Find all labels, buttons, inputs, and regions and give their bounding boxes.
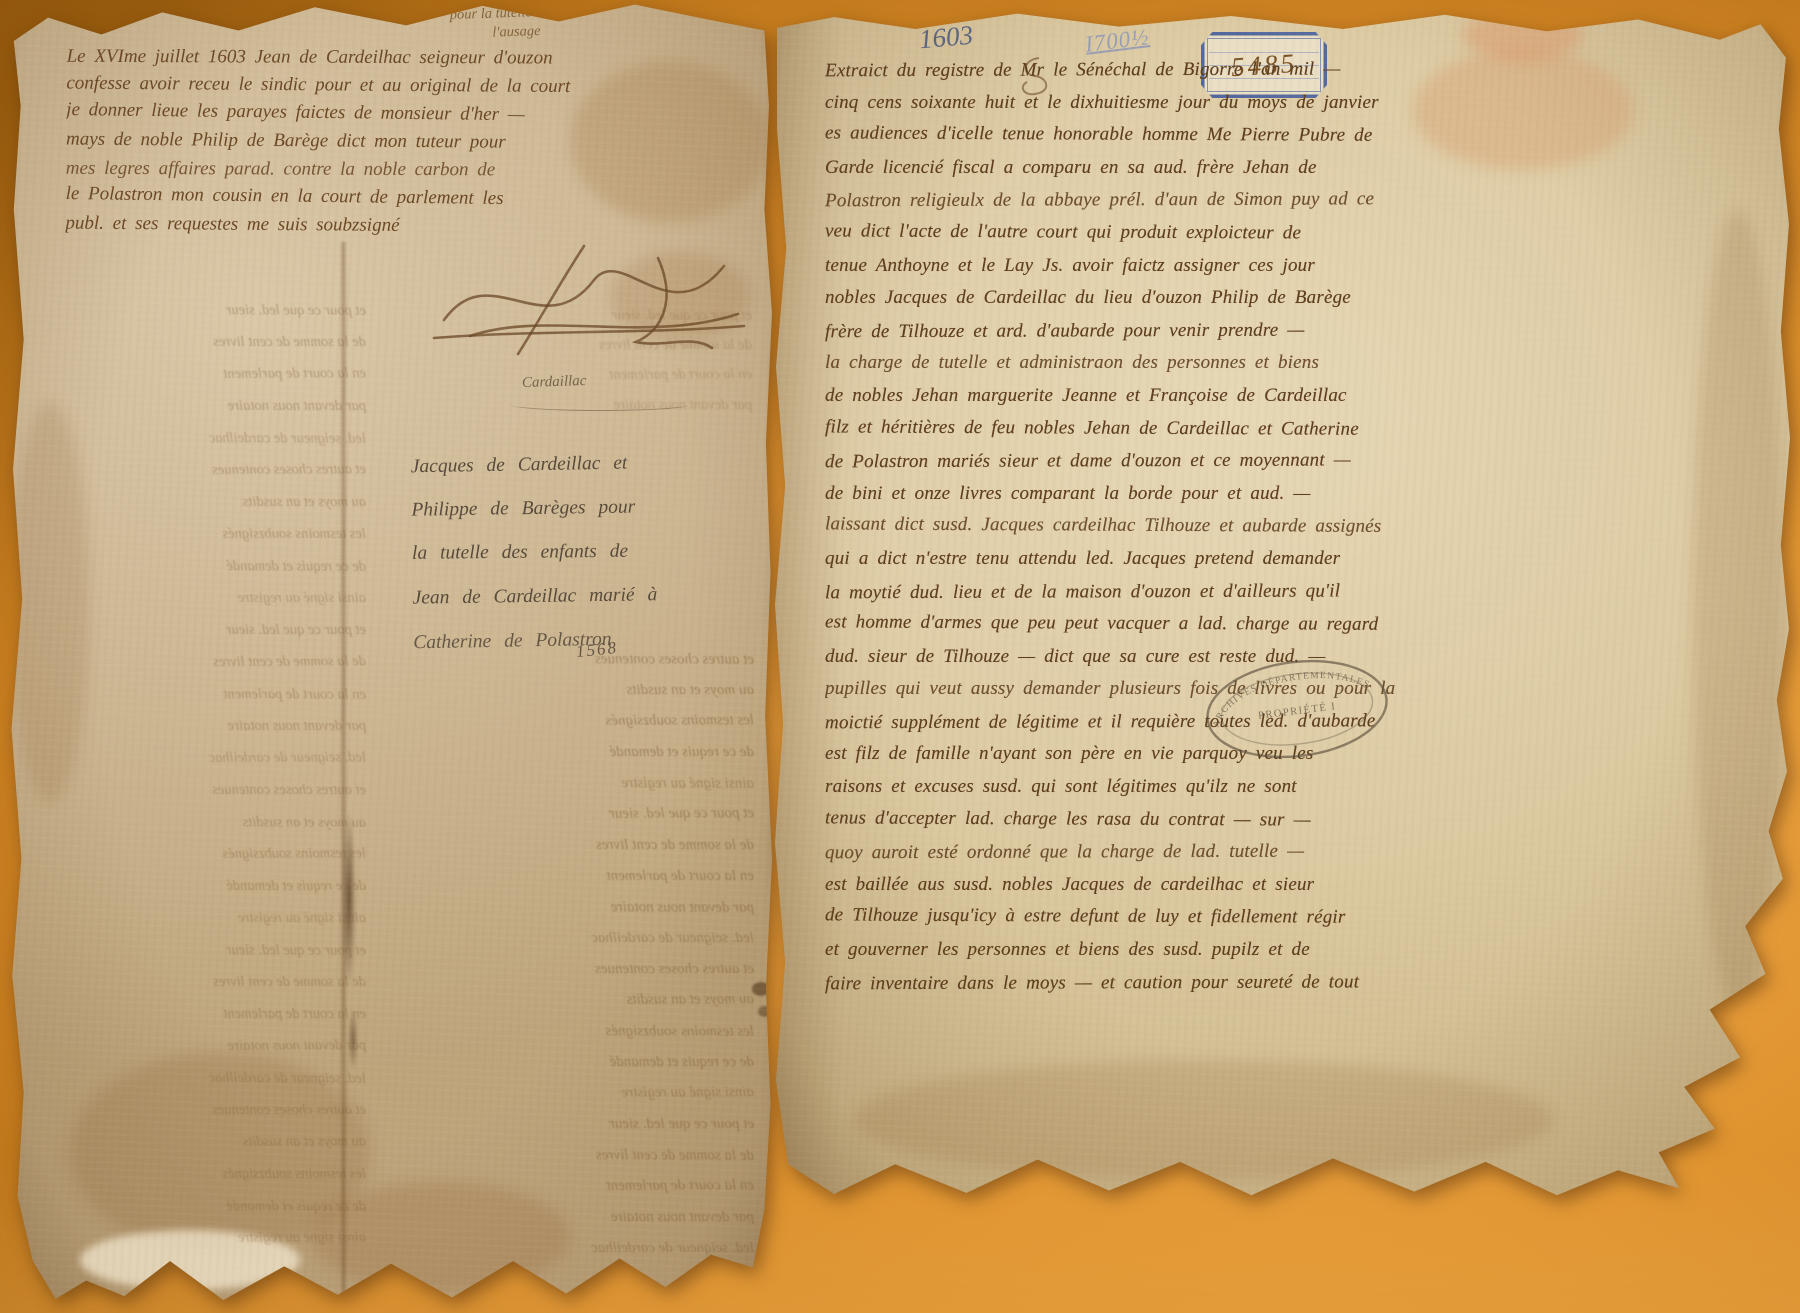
stain	[853, 1060, 1553, 1180]
bleedthrough-line: et autres choses contenues	[18, 1094, 366, 1126]
manuscript-line: de Polastron mariés sieur et dame d'ouzo…	[825, 444, 1561, 479]
bleedthrough-line: de ce requis et demandé	[18, 549, 366, 582]
annotation-line: la tutelle des enfants de	[412, 528, 792, 576]
bleedthrough-line: led. seigneur de cardeilhac	[18, 1061, 366, 1094]
bleedthrough-line: en la court de parlement	[18, 357, 366, 391]
manuscript-line: cinq cens soixante huit et le dixhuities…	[825, 87, 1561, 120]
bleedthrough-line: et autres choses contenues	[362, 954, 754, 985]
bleedthrough-line: et pour ce que led. sieur	[362, 1109, 754, 1140]
stain	[310, 1182, 570, 1292]
manuscript-line: Extraict du registre de Mr le Sénéchal d…	[825, 53, 1561, 88]
bleedthrough-line: les tesmoins soubzsignés	[18, 518, 366, 550]
tear-slit	[342, 810, 356, 988]
manuscript-line: de Tilhouze jusqu'icy à estre defunt de …	[825, 900, 1561, 936]
signature-caption: Cardaillac	[522, 373, 587, 392]
oval-archive-stamp: ARCHIVES DÉPARTEMENTALES PROPRIÉTÉ I	[1199, 652, 1395, 766]
bleedthrough-line: de la somme de cent livres	[362, 830, 754, 861]
tear-slit	[348, 1008, 358, 1070]
bleedthrough-line: en la court de parlement	[18, 998, 366, 1030]
manuscript-line: tenue Anthoyne et le Lay Js. avoir faict…	[825, 250, 1561, 283]
bleedthrough-line: de la somme de cent livres	[362, 1139, 754, 1171]
bleedthrough-line: et autres choses contenues	[18, 774, 366, 806]
right-manuscript-sheet: 1603 I700½ 5485 Extraict du registre de …	[773, 10, 1791, 1200]
bleedthrough-line: ainsi signé au registre	[362, 1077, 754, 1110]
left-paper: et pour ce que led. sieurde la somme de …	[10, 2, 772, 1300]
bleedthrough-line: de ce requis et demandé	[362, 737, 754, 768]
wormhole	[752, 982, 770, 996]
fold-crease	[340, 242, 347, 1292]
bleedthrough-line: au moys et an susdits	[18, 1125, 366, 1159]
bleedthrough-line: de la somme de cent livres	[18, 326, 366, 358]
manuscript-line: moictié supplément de légitime et il req…	[825, 705, 1561, 740]
header-note: pour la tutelle tutrice l'ausage	[449, 2, 574, 44]
svg-text:ARCHIVES DÉPARTEMENTALES: ARCHIVES DÉPARTEMENTALES	[1206, 663, 1374, 729]
stain	[70, 1052, 370, 1252]
signature-flourish	[426, 238, 756, 360]
left-manuscript-sheet: et pour ce que led. sieurde la somme de …	[10, 2, 772, 1300]
bleedthrough-line: au moys et an susdits	[362, 984, 754, 1017]
bleedthrough-line: de la somme de cent livres	[18, 645, 366, 679]
annotation-line: Jean de Cardeillac marié à	[412, 571, 793, 620]
manuscript-line: est filz de famille n'ayant son père en …	[825, 738, 1561, 771]
oval-stamp-center-text: PROPRIÉTÉ I	[1257, 700, 1337, 721]
bleedthrough-line: ainsi signé au registre	[18, 1221, 366, 1255]
signature-underline	[510, 398, 690, 411]
right-paper: 1603 I700½ 5485 Extraict du registre de …	[773, 10, 1791, 1200]
bleedthrough-line: ainsi signé au registre	[362, 767, 754, 799]
manuscript-line: de nobles Jehan marguerite Jeanne et Fra…	[825, 380, 1561, 413]
manuscript-line: qui a dict n'estre tenu attendu led. Jac…	[825, 543, 1561, 576]
manuscript-line: filz et héritières de feu nobles Jehan d…	[825, 411, 1561, 447]
bleedthrough-line: par devant nous notaire	[362, 891, 754, 923]
bleedthrough-line: et pour ce que led. sieur	[18, 293, 366, 326]
bleedthrough-line: par devant nous notaire	[18, 390, 366, 422]
manuscript-line: est baillée aus susd. nobles Jacques de …	[825, 869, 1561, 902]
bleedthrough-line: et autres choses contenues	[18, 453, 366, 487]
year-annotation: 1603	[918, 20, 974, 56]
bleedthrough-text-left-column: et pour ce que led. sieurde la somme de …	[18, 294, 366, 1254]
bleedthrough-line: de ce requis et demandé	[18, 1189, 366, 1222]
quittance-paragraph: Le XVIme juillet 1603 Jean de Cardeilhac…	[65, 42, 766, 243]
bleedthrough-line: par devant nous notaire	[18, 1029, 366, 1063]
bleedthrough-line: et pour ce que led. sieur	[362, 798, 754, 831]
manuscript-line: faire inventaire dans le moys — et cauti…	[825, 965, 1561, 1000]
annotation-line: Philippe de Barèges pour	[411, 483, 792, 532]
bleedthrough-line: les tesmoins soubzsignés	[18, 837, 366, 871]
bleedthrough-line: en la court de parlement	[362, 861, 754, 892]
stain	[1693, 210, 1783, 1010]
header-note-line: l'ausage	[492, 21, 574, 43]
bleedthrough-line: les tesmoins soubzsignés	[18, 1158, 366, 1190]
manuscript-line: frère de Tilhouze et ard. d'aubarde pour…	[825, 313, 1561, 348]
bleedthrough-line: ainsi signé au registre	[18, 582, 366, 614]
bleedthrough-line: en la court de parlement	[18, 677, 366, 710]
bleedthrough-line: au moys et an susdits	[18, 486, 366, 518]
manuscript-line: Le XVIme juillet 1603 Jean de Cardeilhac…	[67, 43, 767, 73]
bleedthrough-line: led. seigneur de cardeilhac	[18, 741, 366, 775]
bleedthrough-line: au moys et an susdits	[18, 805, 366, 838]
photograph-of-manuscripts: et pour ce que led. sieurde la somme de …	[0, 0, 1800, 1313]
manuscript-line: nobles Jacques de Cardeillac du lieu d'o…	[825, 282, 1561, 315]
bleedthrough-line: les tesmoins soubzsignés	[362, 1015, 754, 1047]
bleedthrough-line: de ce requis et demandé	[18, 870, 366, 902]
bleedthrough-line: au moys et an susdits	[362, 675, 754, 706]
manuscript-line: Garde licencié fiscal a comparu en sa au…	[825, 152, 1561, 185]
oval-stamp-arc-text: ARCHIVES DÉPARTEMENTALES	[1206, 663, 1374, 729]
bleedthrough-line: de la somme de cent livres	[18, 966, 366, 998]
manuscript-line: quoy auroit esté ordonné que la charge d…	[825, 835, 1561, 870]
manuscript-line: laissant dict susd. Jacques cardeilhac T…	[825, 509, 1561, 545]
manuscript-line: la moytié dud. lieu et de la maison d'ou…	[825, 574, 1561, 609]
bleedthrough-line: les tesmoins soubzsignés	[362, 705, 754, 738]
bleedthrough-line: par devant nous notaire	[18, 710, 366, 742]
manuscript-line: raisons et excuses susd. qui sont légiti…	[825, 771, 1561, 804]
manuscript-line: pupilles qui veut aussy demander plusieu…	[825, 673, 1561, 706]
manuscript-line: dud. sieur de Tilhouze — dict que sa cur…	[825, 641, 1561, 674]
bleedthrough-line: et pour ce que led. sieur	[18, 614, 366, 646]
manuscript-line: est homme d'armes que peu peut vacquer a…	[825, 606, 1561, 642]
manuscript-line: et gouverner les personnes et biens des …	[825, 934, 1561, 967]
archivist-annotation: Jacques de Cardeillac etPhilippe de Barè…	[410, 439, 793, 664]
bleedthrough-text-lower-right: et autres choses contenuesau moys et an …	[362, 644, 754, 1264]
manuscript-line: la charge de tutelle et administraon des…	[825, 347, 1561, 380]
bleedthrough-line: par devant nous notaire	[362, 1202, 754, 1233]
manuscript-line: es audiences d'icelle tenue honorable ho…	[825, 118, 1561, 154]
bleedthrough-line: led. seigneur de cardeilhac	[362, 1233, 754, 1264]
bleedthrough-line: et pour ce que led. sieur	[18, 933, 366, 966]
annotation-line: Jacques de Cardeillac et	[410, 439, 791, 490]
stain	[10, 402, 90, 802]
bleedthrough-line: en la court de parlement	[362, 1170, 754, 1203]
bleedthrough-line: de ce requis et demandé	[362, 1047, 754, 1078]
stain-light-deckle	[80, 1230, 300, 1290]
manuscript-line: de bini et onze livres comparant la bord…	[825, 478, 1561, 511]
extract-text: Extraict du registre de Mr le Sénéchal d…	[825, 54, 1561, 999]
wormhole	[758, 1006, 772, 1017]
bleedthrough-line: led. seigneur de cardeilhac	[18, 421, 366, 454]
manuscript-line: Polastron religieulx de la abbaye prél. …	[825, 183, 1561, 218]
bleedthrough-line: led. seigneur de cardeilhac	[362, 923, 754, 954]
manuscript-line: tenus d'accepter lad. charge les rasa du…	[825, 802, 1561, 838]
bleedthrough-line: ainsi signé au registre	[18, 902, 366, 934]
inventory-mark: I700½	[1084, 24, 1151, 58]
manuscript-line: veu dict l'acte de l'autre court qui pro…	[825, 215, 1561, 251]
